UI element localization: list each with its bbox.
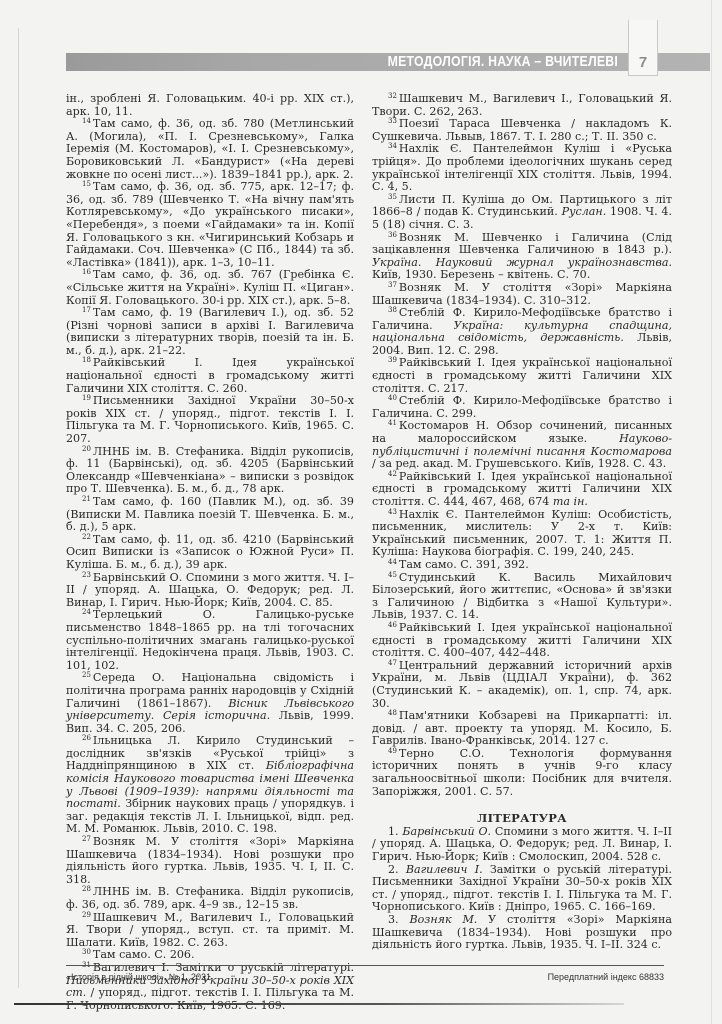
footnote-number: 39	[388, 356, 397, 364]
footnote-22: 22Там само, ф. 11, од. зб. 4210 (Барвінс…	[66, 534, 354, 572]
footnote-42: 42Райківський І. Ідея української націон…	[372, 471, 672, 509]
footnote-45: 45Студинський К. Василь Михайлович Білоз…	[372, 572, 672, 622]
footnotes-list: 32Шашкевич М., Вагилевич І., Головацький…	[372, 93, 672, 798]
footnote-number: 45	[388, 571, 397, 579]
footnote-24: 24Терлецький О. Галицько-руське письменс…	[66, 609, 354, 672]
footnote-29: 29Шашкевич М., Вагилевич І., Головацький…	[66, 912, 354, 950]
footnotes-list: 14Там само, ф. 36, од. зб. 780 (Метлинсь…	[66, 118, 354, 1012]
footnote-text: Возняк М. У століття «Зорі» Маркіяна Шаш…	[66, 835, 354, 886]
footnote-48: 48Пам'ятники Кобзареві на Прикарпатті: і…	[372, 710, 672, 748]
footnote-text: Костомаров Н. Обзор сочинений, писанных …	[372, 419, 672, 470]
footnote-text: ЛННБ ім. В. Стефаника. Відділ рукописів,…	[66, 445, 354, 496]
footnote-number: 43	[388, 508, 397, 516]
footnote-39: 39Райківський І. Ідея української націон…	[372, 357, 672, 395]
footnote-number: 47	[388, 659, 397, 667]
literature-number: 1.	[388, 825, 402, 838]
footnote-text: Там само, ф. 36, од. зб. 767 (Гребінка Є…	[66, 268, 354, 306]
page-edge	[18, 28, 19, 988]
literature-author: Возняк М.	[409, 913, 477, 926]
footnote-47: 47Центральний державний історичний архів…	[372, 660, 672, 710]
footnote-text: Райківський І. Ідея української націонал…	[372, 621, 672, 659]
footnote-number: 33	[388, 117, 397, 125]
footnote-14: 14Там само, ф. 36, од. зб. 780 (Метлинсь…	[66, 118, 354, 181]
footnote-text: Райківський І. Ідея української націонал…	[372, 470, 672, 508]
footnote-text: Центральний державний історичний архів У…	[372, 659, 672, 710]
footnote-20: 20ЛННБ ім. В. Стефаника. Відділ рукописі…	[66, 446, 354, 496]
footnote-number: 23	[82, 571, 91, 579]
footnote-text: Там само, ф. 19 (Вагилевич І.), од. зб. …	[66, 306, 354, 357]
literature-item: 2. Вагилевич І. Замітки о руській літера…	[372, 864, 672, 914]
subscription-index: Передплатний індекс 68833	[548, 972, 664, 982]
left-column: ін., зроблені Я. Головацьким. 40-і рр. X…	[66, 93, 354, 1012]
section-title: МЕТОДОЛОГІЯ. НАУКА – ВЧИТЕЛЕВІ	[388, 53, 618, 71]
section-header-band: МЕТОДОЛОГІЯ. НАУКА – ВЧИТЕЛЕВІ	[66, 53, 710, 71]
footnote-number: 15	[82, 180, 91, 188]
footnote-16: 16Там само, ф. 36, од. зб. 767 (Гребінка…	[66, 269, 354, 307]
literature-author: Барвінський О.	[402, 825, 491, 838]
footnote-text: Райківський І. Ідея української націонал…	[372, 356, 672, 394]
footnote-text: Возняк М. Шевченко і Галичина (Слід заці…	[372, 231, 672, 282]
footnote-34: 34Нахлік Є. Пантелеймон Куліш і «Руська …	[372, 143, 672, 193]
page-edge	[711, 0, 712, 1024]
footnote-32: 32Шашкевич М., Вагилевич І., Головацький…	[372, 93, 672, 118]
footnote-number: 17	[82, 306, 91, 314]
footnote-number: 49	[388, 747, 397, 755]
literature-heading: ЛІТЕРАТУРА	[372, 812, 672, 825]
footnote-number: 26	[82, 734, 91, 742]
literature-number: 3.	[388, 913, 409, 926]
footnote-18: 18Райківський І. Ідея української націон…	[66, 357, 354, 395]
footnote-text: Райківський І. Ідея української націонал…	[66, 356, 354, 394]
footnote-text: Середа О. Національна свідомість і політ…	[66, 671, 354, 734]
footnote-38: 38Стеблій Ф. Кирило-Мефодіївське братств…	[372, 307, 672, 357]
literature-list: 1. Барвінський О. Спомини з мого життя. …	[372, 826, 672, 952]
footnote-number: 35	[388, 193, 397, 201]
footnote-21: 21Там само, ф. 160 (Павлик М.), од. зб. …	[66, 496, 354, 534]
footnote-text: Стеблій Ф. Кирило-Мефодіївське братство …	[372, 306, 672, 357]
footnote-27: 27Возняк М. У століття «Зорі» Маркіяна Ш…	[66, 836, 354, 886]
footnote-number: 16	[82, 268, 91, 276]
footnote-26: 26Ільницька Л. Кирило Студинський – досл…	[66, 735, 354, 836]
footnote-number: 37	[388, 281, 397, 289]
page-bottom-rule	[14, 1003, 624, 1005]
footnote-number: 40	[388, 394, 397, 402]
right-column: 32Шашкевич М., Вагилевич І., Головацький…	[372, 93, 672, 952]
footnote-number: 46	[388, 621, 397, 629]
footnote-17: 17Там само, ф. 19 (Вагилевич І.), од. зб…	[66, 307, 354, 357]
footnote-text: Шашкевич М., Вагилевич І., Головацький Я…	[372, 92, 672, 118]
footnote-number: 44	[388, 558, 397, 566]
footnote-number: 36	[388, 231, 397, 239]
footnote-36: 36Возняк М. Шевченко і Галичина (Слід за…	[372, 232, 672, 282]
footnote-number: 48	[388, 709, 397, 717]
footnote-number: 22	[82, 533, 91, 541]
footnote-text: Поезиї Тараса Шевченка / накладомъ К. Су…	[372, 117, 672, 143]
footnote-text: Возняк М. У століття «Зорі» Маркіяна Шаш…	[372, 281, 672, 307]
footnote-number: 32	[388, 92, 397, 100]
footnote-text: Листи П. Куліша до Ом. Партицького з літ…	[372, 193, 672, 231]
footnote-number: 24	[82, 608, 91, 616]
footnote-text: Терлецький О. Галицько-руське письменств…	[66, 608, 354, 671]
footnote-text: Там само, ф. 11, од. зб. 4210 (Барвінськ…	[66, 533, 354, 571]
footnote-number: 19	[82, 394, 91, 402]
page-number: 7	[629, 54, 657, 71]
footnote-number: 27	[82, 835, 91, 843]
footnote-text: Письменники Західної України 30–50-х рок…	[66, 394, 354, 445]
footnote-text: Нахлік Є. Пантелеймон Куліш: Особистість…	[372, 508, 672, 559]
footnote-35: 35Листи П. Куліша до Ом. Партицького з л…	[372, 194, 672, 232]
footnote-number: 30	[82, 948, 91, 956]
footnote-text: Шашкевич М., Вагилевич І., Головацький Я…	[66, 911, 354, 949]
footnote-text: Студинський К. Василь Михайлович Білозер…	[372, 571, 672, 622]
footnote-28: 28ЛННБ ім. В. Стефаника. Відділ рукописі…	[66, 886, 354, 911]
footnote-19: 19Письменники Західної України 30–50-х р…	[66, 395, 354, 445]
literature-item: 3. Возняк М. У століття «Зорі» Маркіяна …	[372, 914, 672, 952]
footnote-number: 34	[388, 142, 397, 150]
footnote-43: 43Нахлік Є. Пантелеймон Куліш: Особистіс…	[372, 509, 672, 559]
literature-number: 2.	[388, 863, 406, 876]
footnote-continuation: ін., зроблені Я. Головацьким. 40-і рр. X…	[66, 93, 354, 118]
footnote-number: 25	[82, 671, 91, 679]
footnote-40: 40Стеблій Ф. Кирило-Мефодіївське братств…	[372, 395, 672, 420]
footnote-number: 21	[82, 495, 91, 503]
journal-citation: «Історія в рідній школі», № 1, 2021	[66, 972, 211, 982]
footnote-text: Там само, ф. 36, од. зб. 780 (Метлинськи…	[66, 117, 354, 180]
footnote-text: Там само. С. 206.	[93, 948, 195, 961]
footnote-text: Стеблій Ф. Кирило-Мефодіївське братство …	[372, 394, 672, 420]
footnote-text: ЛННБ ім. В. Стефаника. Відділ рукописів,…	[66, 885, 354, 911]
footnote-number: 42	[388, 470, 397, 478]
footnote-text: Там само, ф. 36, од. зб. 775, арк. 12–17…	[66, 180, 354, 269]
footer-divider	[66, 965, 664, 966]
footnote-text: Ільницька Л. Кирило Студинський – дослід…	[66, 734, 354, 835]
footnote-49: 49Терно С.О. Технологія формування істор…	[372, 748, 672, 798]
footnote-33: 33Поезиї Тараса Шевченка / накладомъ К. …	[372, 118, 672, 143]
footnote-number: 38	[388, 306, 397, 314]
footnote-text: Терно С.О. Технологія формування історич…	[372, 747, 672, 798]
footnote-number: 20	[82, 445, 91, 453]
footnote-text: Пам'ятники Кобзареві на Прикарпатті: іл.…	[372, 709, 672, 747]
footnote-number: 18	[82, 356, 91, 364]
footnote-number: 14	[82, 117, 91, 125]
literature-item: 1. Барвінський О. Спомини з мого життя. …	[372, 826, 672, 864]
footnote-text: Там само, ф. 160 (Павлик М.), од. зб. 39…	[66, 495, 354, 533]
page-number-box: 7	[628, 20, 658, 76]
footnote-23: 23Барвінський О. Спомини з мого життя. Ч…	[66, 572, 354, 610]
footnote-number: 29	[82, 911, 91, 919]
footnote-text: Нахлік Є. Пантелеймон Куліш і «Руська тр…	[372, 142, 672, 193]
footnote-number: 41	[388, 419, 397, 427]
footnote-37: 37Возняк М. У століття «Зорі» Маркіяна Ш…	[372, 282, 672, 307]
footnote-41: 41Костомаров Н. Обзор сочинений, писанны…	[372, 420, 672, 470]
footnote-15: 15Там само, ф. 36, од. зб. 775, арк. 12–…	[66, 181, 354, 269]
literature-author: Вагилевич І.	[406, 863, 483, 876]
footnote-text: Барвінський О. Спомини з мого життя. Ч. …	[66, 571, 354, 609]
footnote-text: Там само. С. 391, 392.	[399, 558, 529, 571]
footnote-number: 28	[82, 885, 91, 893]
footnote-46: 46Райківський І. Ідея української націон…	[372, 622, 672, 660]
footnote-25: 25Середа О. Національна свідомість і пол…	[66, 672, 354, 735]
